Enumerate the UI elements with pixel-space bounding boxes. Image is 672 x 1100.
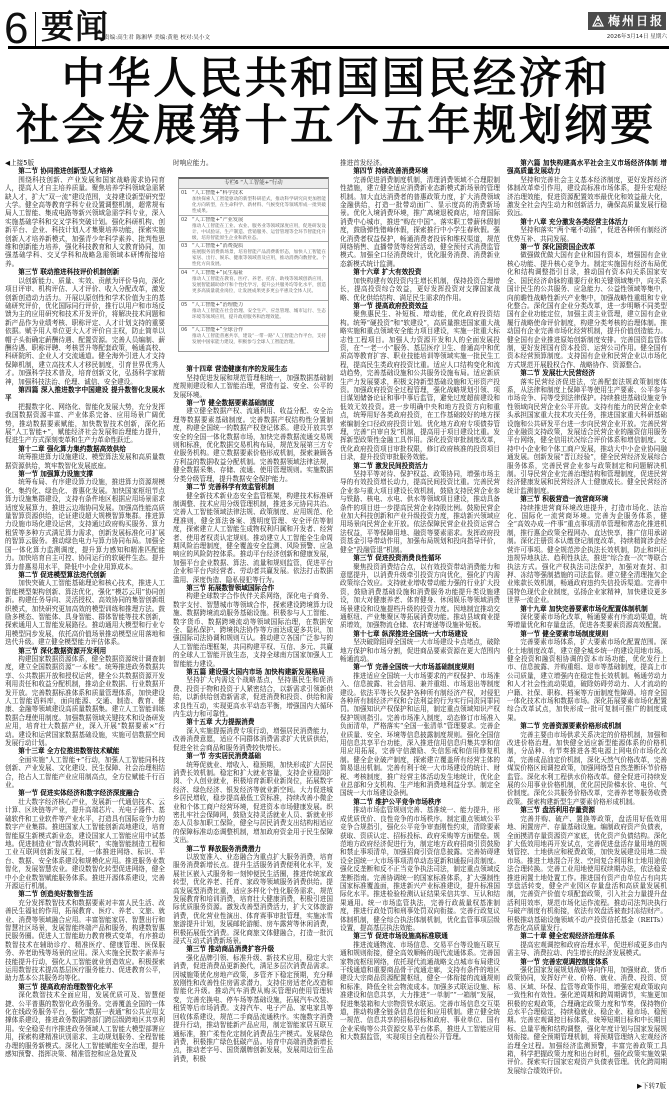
section-heading: 第二节 创造美好数智生活 (5, 890, 165, 898)
paragraph: 坚持和完善社会主义基本经济制度，更好发挥经济体制改革牵引作用，建设高标准市场体系… (507, 176, 667, 218)
section-heading: 第二节 激发民间投资活力 (340, 462, 500, 470)
feature-box-item: 02 “人工智能+”产业发展 推动人工智能在工业、农业、服务业等领域深度应用，促… (179, 215, 328, 241)
paragraph: 强化品牌引领、标准升级、新技术应用，稳定大宗消费，促进消费品更新换代，满足多层次… (173, 954, 333, 1063)
paragraph-continuation: 时响应能力。 (173, 159, 333, 167)
section-heading: 第一节 夯实居民消费基础 (173, 752, 333, 760)
section-heading: 第二节 完善科学有效监管机制 (173, 483, 333, 491)
section-heading: 第二节 发展壮大民营经济 (507, 369, 667, 377)
item-text: 推动人工智能在社会治理、安全生产、应急管理、城市运行、生态环境等领域应用，提升政… (192, 309, 326, 321)
section-heading: 第二节 完善资源要素价格形成机制 (507, 722, 667, 730)
paragraph: 深入实施提振消费专项行动，增强居民消费能力，改善消费意愿，适应不同群体消费需求扩… (173, 727, 333, 752)
paragraph: 做强做优做大国有企业和国有资本，增强国有企业核心功能、提升核心竞争力。制定实施国… (507, 251, 667, 369)
paragraph: 推动市场监管规则完善、基准统一、能力提升，形成优质优价、良性竞争的市场秩序。制定… (340, 806, 500, 932)
item-number: 02 (181, 217, 192, 241)
item-number: 03 (181, 243, 192, 268)
feature-box-ai-plus: 专栏6 “人工智能+”行动 01 “人工智能+”科学技术 加快探索人工智能驱动的… (178, 177, 329, 352)
feature-box-item: 04 “人工智能+”民生福祉 推动人工智能在教育、医疗、养老、托育、助残等领域创… (179, 268, 328, 300)
section-heading: 第二节 释放服务消费潜力 (173, 845, 333, 853)
section-heading: 第一节 健全要素市场制度规则 (507, 630, 667, 638)
paragraph: 深化数智技术全面应用，发展优质可及、智慧便捷、公平普惠的数智化政务服务。完善覆盖… (5, 991, 165, 1058)
masthead-name: 梅州日报 (608, 15, 664, 27)
paragraph: 围绕科技创新、产业发展和国家战略需求协同育人，提高人才自主培养质量。聚焦培养学科… (5, 176, 165, 268)
part-heading: 第四篇 深入推进数字中国建设 提升数智化发展水平 (5, 386, 165, 403)
paragraph: 构建全球数字合作伙伴关系网络，深化电子商务、数字支付、智慧城市等领域合作，探索建… (173, 592, 333, 668)
paragraph: 加快构建有效投资内生增长机制，保持投资合理增长，提高投资综合效益，更好发挥投资对… (340, 277, 500, 302)
item-text: 加快探索人工智能驱动的新型科研范式，推动科学研究向更加智能化方向转型，在生命科学… (192, 197, 326, 215)
item-number: 05 (181, 302, 192, 325)
paragraph: 坚持促进发展和规范管理相统一，加强数据基础制度规则建设和人工智能治理，营造有益、… (173, 374, 333, 399)
chapter-heading: 第十二章 强化算力集约数据高效供给 (5, 445, 165, 453)
section-heading: 第三节 联动推进科技评价机制创新 (5, 268, 165, 276)
chapter-heading: 第十九章 加快完善要素市场化配置体制机制 (507, 605, 667, 613)
paragraph: 完善促进消费制度机制，清理消费领域不合理限制性措施，建立健全适应消费新业态新模式… (340, 176, 500, 268)
paragraph: 把握数字化、网络化、智能化发展大势，充分发挥我国数据资源丰富、产业体系完备、应用… (5, 403, 165, 445)
item-number: 06 (181, 327, 192, 351)
paragraph: 推进适应全国统一大市场要求的产权保护、市场准入、信息披露、社会信用、兼并重组、市… (340, 672, 500, 798)
section-heading: 第一节 完善宏观调控制度体系 (507, 958, 667, 966)
chapter-heading: 第二十章 健全宏观经济治理体系 (507, 932, 667, 940)
feature-box-title: 专栏6 “人工智能+”行动 (179, 179, 328, 188)
chapter-heading: 第十五章 大力提振消费 (173, 718, 333, 726)
paragraph: 健全新技术新业态安全监管框架，构建技术标准研制调整、技术应用分级管理机制，推进多… (173, 492, 333, 584)
section-heading: 第三节 盘活利用存量资源 (507, 806, 667, 814)
paragraph: 统筹推进算力设施建设、模型算法发展和高质量数据资源供给，筑牢数智化发展底座。 (5, 453, 165, 470)
section-heading: 第一节 完善全国统一大市场基础制度规则 (340, 663, 500, 671)
item-number: 01 (181, 190, 192, 215)
section-heading: 第一节 促进实体经济和数字经济深度融合 (5, 789, 165, 797)
feature-box-item: 03 “人工智能+”消费提质 拓展服务消费新场景，培育智能产品消费新形态，加快人… (179, 241, 328, 268)
paragraph: 建立健全数据产权、流通利用、收益分配、安全治理等数据要素基础制度。完善数据产权结… (173, 407, 333, 483)
paragraph: 加快突破人工智能基础理论和核心技术，推进人工智能模型架构创新、算法优化，强化“模… (5, 579, 165, 646)
paragraph: 壮大数字经济核心产业，发展新一代通信技术、云计算、区块链等产业，提升高端芯片、光… (5, 798, 165, 890)
issue-date: 2026年3月14日 星期六 (607, 35, 667, 41)
section-heading: 第三节 提高政府治理数智化水平 (5, 983, 165, 991)
main-headline: 中华人民共和国国民经济和 社会发展第十五个五年规划纲要 (0, 56, 672, 150)
chapter-heading: 第十三章 全方位推进数智技术赋能 (5, 747, 165, 755)
item-number: 04 (181, 270, 192, 300)
article-column-2: 时响应能力。 专栏6 “人工智能+”行动 01 “人工智能+”科学技术 加快探索… (173, 159, 333, 1093)
section-heading: 第三节 深化数据资源开发利用 (5, 647, 165, 655)
masthead-logo: 梅州日报 (588, 12, 666, 30)
newspaper-page: 6 要闻 责编:高生君 陈湘华 美编:黄艳 校对:吴小文 梅州日报 2026年3… (0, 0, 672, 1100)
paragraph: 全面实施“人工智能+”行动，加强人工智能同科技创新、产业发展、文化建设、民生保障… (5, 756, 165, 790)
paragraph: 落实民营经济促进法，完善配套法规政策制度体系，从法律和制度上保障平等使用生产要素… (507, 378, 667, 496)
paragraph: 构建国家数据资源体系，健全数据资源统计调查制度，建立全国数据资源“一本账”。统筹… (5, 655, 165, 747)
paragraph: 坚持平等对待、保护权益、政策协同，增强市场主导的有效投资增长动力，提高民间投资比… (340, 470, 500, 554)
paragraph: 提高宏观调控和政府治理水平，促进形成更多由内需主导、消费拉动、内生增长的经济发展… (507, 941, 667, 958)
paragraph: 坚持和落实“两个毫不动摇”，促进各种所有制经济优势互补、共同发展。 (507, 226, 667, 243)
editor-credits: 责编:高生君 陈湘华 美编:黄艳 校对:吴小文 (104, 36, 210, 42)
article-column-4: 第六篇 加快构建高水平社会主义市场经济体制 增强高质量发展动力 坚持和完善社会主… (507, 159, 667, 1093)
chapter-heading: 第十七章 纵深推进全国统一大市场建设 (340, 630, 500, 638)
feature-box-item: 05 “人工智能+”治理能力 推动人工智能在社会治理、安全生产、应急管理、城市运… (179, 300, 328, 325)
paragraph: 充分发挥数智技术和数据要素对丰富人民生活、改善民生福祉的作用，拓展教育、医疗、养… (5, 899, 165, 983)
paragraph: 推进流通物流、市场信息、交易平台等设施互联互通和规则衔接，健全高效顺畅的现代流通… (340, 941, 500, 1042)
newspaper-emblem-icon (591, 14, 605, 28)
article-column-1: ◀上接5版 第二节 协同推进创新型人才培养 围绕科技创新、产业发展和国家战略需求… (5, 159, 165, 1093)
item-text: 推动人工智能普惠共享，建设“一带一路”人工智能合作平台，支持发展中国家能力建设，… (192, 334, 326, 346)
section-title: 要闻 (41, 10, 109, 43)
part-heading: 第六篇 加快构建高水平社会主义市场经济体制 增强高质量发展动力 (507, 159, 667, 176)
paragraph: 强化国家发展规划战略导向作用，加强财政、货币政策协同，发挥好产业、价格、就业、消… (507, 966, 667, 1075)
section-heading: 第三节 促进市场设施高标准联通 (340, 932, 500, 940)
section-heading: 第三节 促进投资消费良性循环 (340, 554, 500, 562)
paragraph: 以放宽准入、业态融合为重点扩大服务消费，培育服务消费新增长点。提升生活服务消费便… (173, 853, 333, 945)
paragraph: 统筹布局、有序建设算力设施，推进算力资源规模化、集约化、绿色化、普惠化发展。加快… (5, 478, 165, 570)
item-text: 推动人工智能在教育、医疗、养老、托育、助残等领域创新应用，发展智能辅助诊疗和个性… (192, 277, 326, 295)
paragraph: 持续推进营商环境改进提升，打造市场化、法治化、国际化一流营商环境。完善为企服务体… (507, 504, 667, 605)
paragraph: 坚决破除阻碍全国统一大市场建设卡点堵点，破除地方保护和市场分割，促进商品要素资源… (340, 638, 500, 663)
chapter-heading: 第十八章 充分激发各类经营主体活力 (507, 218, 667, 226)
chapter-heading: 第十四章 营造健康有序的发展生态 (173, 365, 333, 373)
page-number: 6 (4, 7, 28, 51)
paragraph: 聚焦惠民生、补短板、增动能，优化政府投资结构。统筹“硬投资”和“软建设”，高质量… (340, 310, 500, 461)
item-text: 拓展服务消费新场景，培育智能产品消费新形态，加快人工智能在家居、出行、娱乐、健康… (192, 250, 326, 268)
paragraph: 完善要素市场体系，扩大要素市场化配置范围。深化土地制度改革，建立健全城乡统一的建… (507, 638, 667, 722)
paragraph: 完善主要由市场供求关系决定的价格机制，加强和改进价格治理。加快健全适应新型能源体… (507, 731, 667, 807)
paragraph: 以创新能力、质量、实效、贡献为评价导向，深化项目评审、机构评估、人才评价、收入分… (5, 277, 165, 386)
section-heading: 第三节 推动商品消费扩容升级 (173, 945, 333, 953)
chapter-heading: 第十六章 扩大有效投资 (340, 268, 500, 276)
paragraph: 深化要素市场化改革，畅通要素有序流动渠道，统筹增量优化和存量盘活，促进各类要素资… (507, 613, 667, 630)
header-rule (8, 46, 669, 49)
continued-to-link[interactable]: ▶下转7版 (637, 1082, 666, 1090)
section-heading: 第四节 持续改善消费环境 (340, 167, 500, 175)
paragraph: 完善并购、破产、置换等政策，盘活用好低效用地、闲置房产、存量基础设施。编制政府资… (507, 815, 667, 933)
section-heading: 第三节 积极营造一流营商环境 (507, 495, 667, 503)
article-column-3: 推进首发经济。 第四节 持续改善消费环境 完善促进消费制度机制，清理消费领域不合… (340, 159, 500, 1093)
paragraph: 坚持扩大内需这个战略基点，坚持惠民生和促消费、投资于物和投资于人紧密结合，以新需… (173, 676, 333, 718)
feature-box-item: 01 “人工智能+”科学技术 加快探索人工智能驱动的新型科研范式，推动科学研究向… (179, 188, 328, 215)
headline-line-2: 社会发展第十五个五年规划纲要 (0, 103, 672, 150)
header-divider (35, 12, 36, 46)
paragraph: 统筹促就业、增收入、稳预期，加快形成扩大居民消费长效机制。稳定和扩大就业容量，支… (173, 761, 333, 845)
section-heading: 第二节 协同推进创新型人才培养 (5, 167, 165, 175)
item-text: 推动人工智能在工业、农业、服务业等领域深度应用，促进研发设计、中试验证、生产制造… (192, 224, 326, 242)
paragraph: 聚焦投资消费结合点，以有效投资带动消费能力和意愿提升，以消费升级牵引投资方向优化… (340, 563, 500, 630)
feature-box-item: 06 “人工智能+”全球合作 推动人工智能普惠共享，建设“一带一路”人工智能合作… (179, 325, 328, 351)
headline-line-1: 中华人民共和国国民经济和 (0, 56, 672, 103)
